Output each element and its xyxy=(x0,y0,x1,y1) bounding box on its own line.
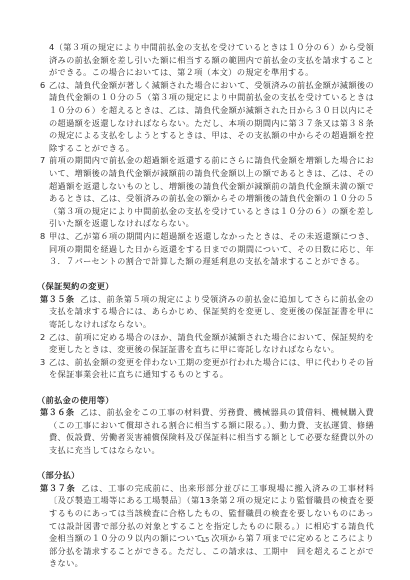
paragraph-item-8: 8甲は、乙が第６項の期間内に超過額を返還しなかったときは、その未返還額につき、同… xyxy=(40,230,374,268)
paragraph-text: 乙は、前払金額の変更を伴わない工期の変更が行われた場合には、甲に代わりその旨を保… xyxy=(49,357,374,380)
paragraph-item-3: 3乙は、前払金額の変更を伴わない工期の変更が行われた場合には、甲に代わりその旨を… xyxy=(40,356,374,381)
paragraph-text: 乙は、請負代金額が著しく減額された場合において、受領済みの前払金額が減額後の請負… xyxy=(49,80,374,153)
paragraph-item-7: 7前項の期間内で前払金の超過額を返還する前にさらに請負代金額を増額した場合におい… xyxy=(40,154,374,230)
paragraph-text: 前項の期間内で前払金の超過額を返還する前にさらに請負代金額を増額した場合において… xyxy=(49,155,374,228)
spacer xyxy=(40,268,374,281)
paragraph-continuation: 4（第３項の規定により中間前払金の支払を受けているときは１０分の６）から受領済み… xyxy=(40,41,374,79)
paragraph-item-6: 6乙は、請負代金額が著しく減額された場合において、受領済みの前払金額が減額後の請… xyxy=(40,79,374,155)
paragraph-text: 乙は、前項に定める場合のほか、請負代金額が減額された場合において、保証契約を変更… xyxy=(49,332,374,355)
article-37: 第３７条乙は、工事の完成前に、出来形部分並びに工事現場に搬入済みの工事材料〔及び… xyxy=(40,482,374,570)
section-heading-advance-use: （前払金の使用等） xyxy=(40,394,374,407)
paragraph-item-2: 2乙は、前項に定める場合のほか、請負代金額が減額された場合において、保証契約を変… xyxy=(40,331,374,356)
item-number: 6 xyxy=(40,79,49,92)
item-number: 7 xyxy=(40,154,49,167)
spacer xyxy=(40,381,374,394)
document-page: 4（第３項の規定により中間前払金の支払を受けているときは１０分の６）から受領済み… xyxy=(0,0,410,580)
item-number: 8 xyxy=(40,230,49,243)
article-text: 乙は、前払金をこの工事の材料費、労務費、機械器具の賃借料、機械購入費（この工事に… xyxy=(49,407,374,455)
item-number: 3 xyxy=(40,356,49,369)
section-heading-guarantee-change: （保証契約の変更） xyxy=(40,280,374,293)
spacer xyxy=(40,457,374,470)
paragraph-text: 甲は、乙が第６項の期間内に超過額を返還しなかったときは、その未返還額につき、同項… xyxy=(49,231,374,266)
article-text: 乙は、工事の完成前に、出来形部分並びに工事現場に搬入済みの工事材料〔及び製造工場… xyxy=(49,483,374,569)
section-heading-partial-payment: （部分払） xyxy=(40,469,374,482)
article-number: 第３５条 xyxy=(40,294,75,304)
paragraph-text: 4（第３項の規定により中間前払金の支払を受けているときは１０分の６）から受領済み… xyxy=(49,42,374,77)
document-body: 4（第３項の規定により中間前払金の支払を受けているときは１０分の６）から受領済み… xyxy=(40,41,374,570)
article-number: 第３７条 xyxy=(40,483,76,493)
page-number: 15 xyxy=(0,536,410,544)
article-36: 第３６条乙は、前払金をこの工事の材料費、労務費、機械器具の賃借料、機械購入費（こ… xyxy=(40,406,374,456)
article-text: 乙は、前条第５項の規定により受領済みの前払金に追加してさらに前払金の支払を請求す… xyxy=(49,294,374,329)
article-number: 第３６条 xyxy=(40,407,75,417)
item-number: 2 xyxy=(40,331,49,344)
article-35: 第３５条乙は、前条第５項の規定により受領済みの前払金に追加してさらに前払金の支払… xyxy=(40,293,374,331)
